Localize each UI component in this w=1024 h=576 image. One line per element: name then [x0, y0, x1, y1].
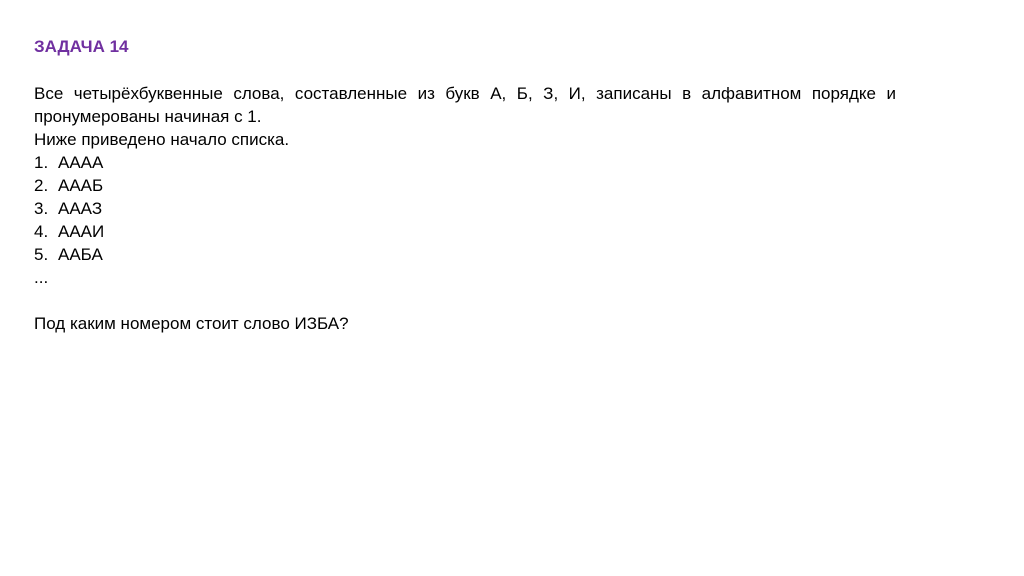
task-title: ЗАДАЧА 14	[34, 36, 129, 58]
task-body: Все четырёхбуквенные слова, составленные…	[34, 82, 896, 335]
list-ellipsis: ...	[34, 266, 896, 289]
list-item: 3.АААЗ	[34, 197, 896, 220]
list-item-number: 4.	[34, 220, 58, 243]
slide: ЗАДАЧА 14 Все четырёхбуквенные слова, со…	[0, 0, 1024, 576]
list-item-number: 3.	[34, 197, 58, 220]
list-item-word: АААБ	[58, 176, 103, 195]
task-question: Под каким номером стоит слово ИЗБА?	[34, 312, 896, 335]
list-item-word: АААИ	[58, 222, 104, 241]
list-item-number: 1.	[34, 151, 58, 174]
spacer	[34, 289, 896, 312]
list-item: 1.АААА	[34, 151, 896, 174]
list-item: 5.ААБА	[34, 243, 896, 266]
list-item-word: ААБА	[58, 245, 103, 264]
list-item-word: АААЗ	[58, 199, 102, 218]
list-item-word: АААА	[58, 153, 103, 172]
word-list: 1.АААА 2.АААБ 3.АААЗ 4.АААИ 5.ААБА	[34, 151, 896, 266]
list-item-number: 2.	[34, 174, 58, 197]
task-note: Ниже приведено начало списка.	[34, 128, 896, 151]
list-item: 2.АААБ	[34, 174, 896, 197]
list-item-number: 5.	[34, 243, 58, 266]
task-intro: Все четырёхбуквенные слова, составленные…	[34, 82, 896, 128]
list-item: 4.АААИ	[34, 220, 896, 243]
